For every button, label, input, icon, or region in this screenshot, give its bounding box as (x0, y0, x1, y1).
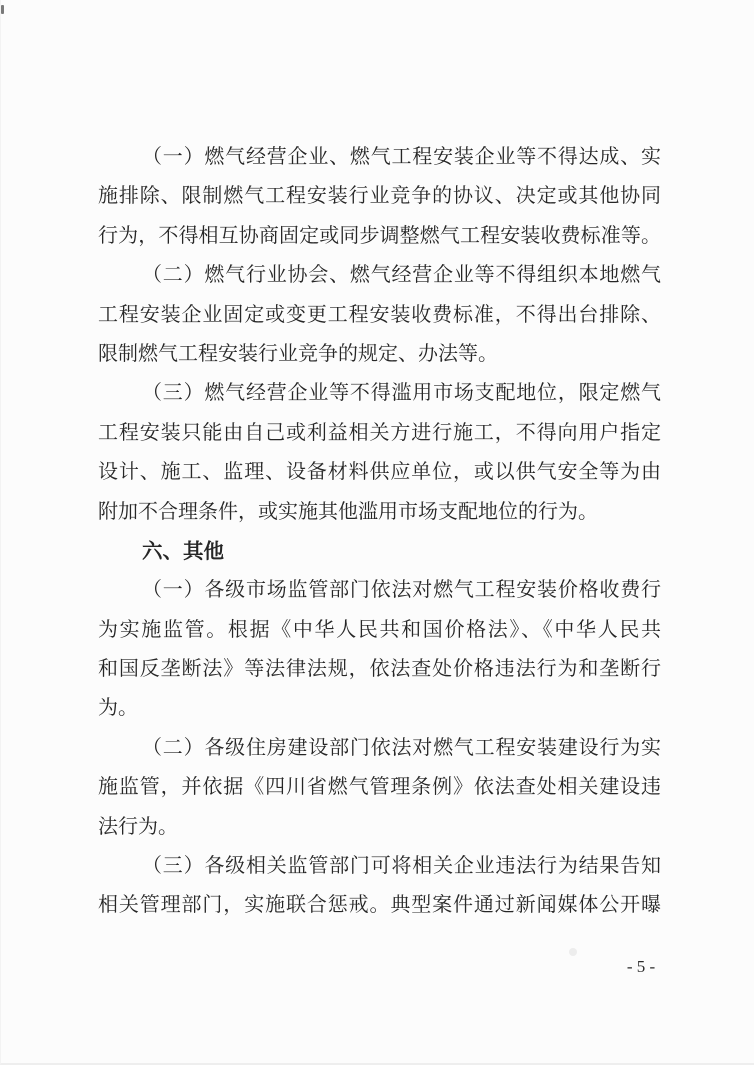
document-line: 为。 (98, 689, 661, 728)
document-line: （一）燃气经营企业、燃气工程安装企业等不得达成、实 (98, 138, 661, 177)
section-heading: 六、其他 (98, 532, 661, 571)
document-line: 相关管理部门，实施联合惩戒。典型案件通过新闻媒体公开曝 (98, 886, 661, 925)
document-line: 设计、施工、监理、设备材料供应单位，或以供气安全等为由 (98, 453, 661, 492)
document-line: （二）燃气行业协会、燃气经营企业等不得组织本地燃气 (98, 256, 661, 295)
document-line: 法行为。 (98, 808, 661, 847)
document-line: 和国反垄断法》等法律法规，依法查处价格违法行为和垄断行 (98, 650, 661, 689)
document-line: 施监管，并依据《四川省燃气管理条例》依法查处相关建设违 (98, 768, 661, 807)
document-line: （一）各级市场监管部门依法对燃气工程安装价格收费行 (98, 571, 661, 610)
document-line: 为实施监管。根据《中华人民共和国价格法》、《中华人民共 (98, 611, 661, 650)
document-body: （一）燃气经营企业、燃气工程安装企业等不得达成、实施排除、限制燃气工程安装行业竞… (98, 138, 661, 926)
document-line: 施排除、限制燃气工程安装行业竞争的协议、决定或其他协同 (98, 177, 661, 216)
document-line: 工程安装企业固定或变更工程安装收费标准，不得出台排除、 (98, 296, 661, 335)
document-line: 行为，不得相互协商固定或同步调整燃气工程安装收费标准等。 (98, 217, 661, 256)
scan-smudge-artifact (569, 948, 577, 956)
scan-edge-artifact (1, 5, 4, 14)
document-line: （三）各级相关监管部门可将相关企业违法行为结果告知 (98, 847, 661, 886)
document-line: 附加不合理条件，或实施其他滥用市场支配地位的行为。 (98, 493, 661, 532)
document-line: （二）各级住房建设部门依法对燃气工程安装建设行为实 (98, 729, 661, 768)
document-line: 限制燃气工程安装行业竞争的规定、办法等。 (98, 335, 661, 374)
document-line: 工程安装只能由自己或利益相关方进行施工，不得向用户指定 (98, 414, 661, 453)
scanned-document-page: （一）燃气经营企业、燃气工程安装企业等不得达成、实施排除、限制燃气工程安装行业竞… (0, 0, 754, 1065)
page-number: - 5 - (601, 955, 681, 979)
document-line: （三）燃气经营企业等不得滥用市场支配地位，限定燃气 (98, 374, 661, 413)
